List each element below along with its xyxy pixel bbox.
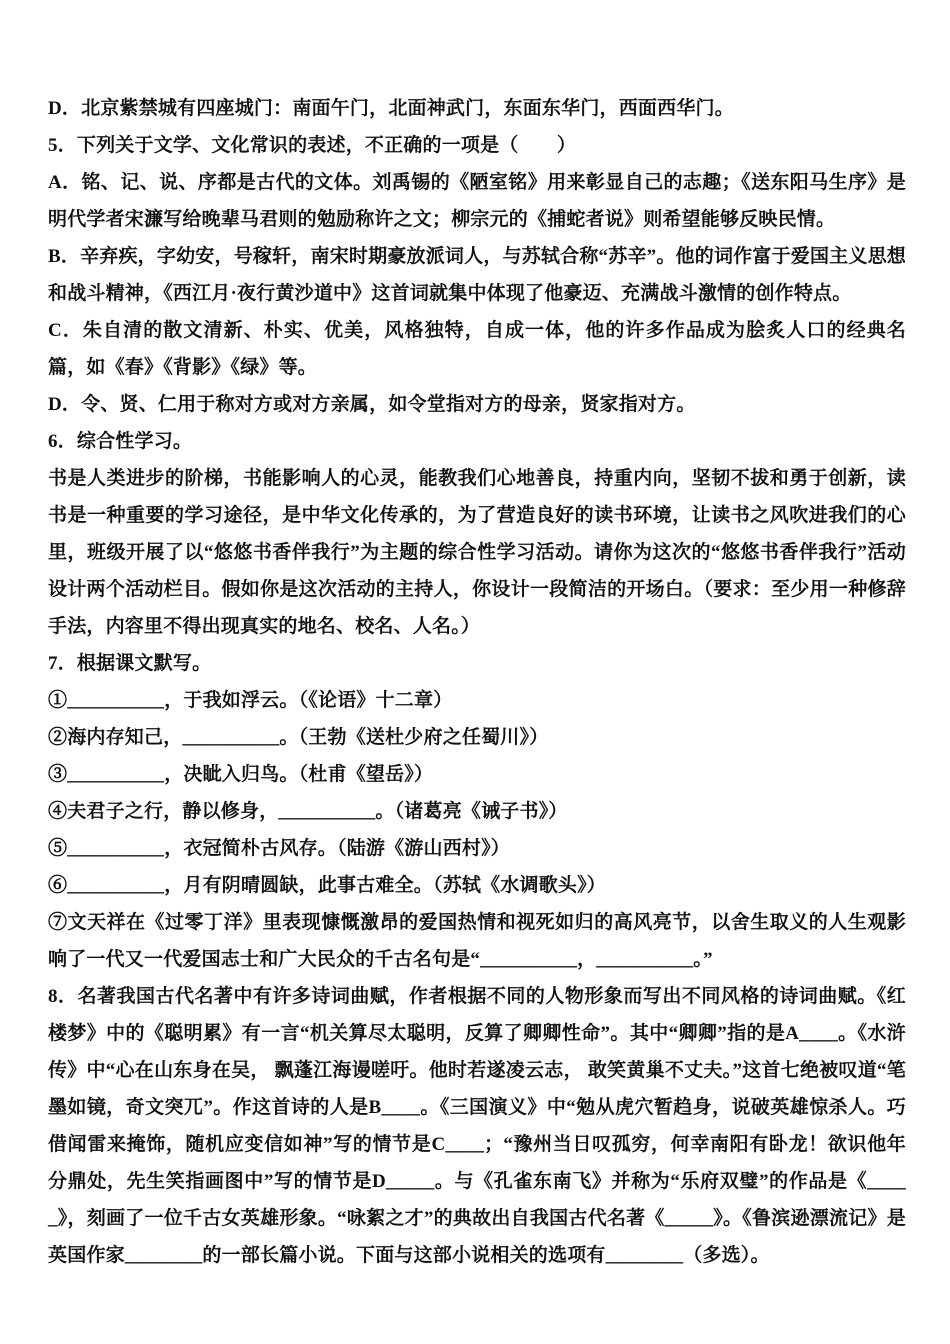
q7-item-5: ⑤__________，衣冠简朴古风存。（陆游《游山西村》） — [48, 830, 906, 867]
q5-option-b: B．辛弃疾，字幼安，号稼轩，南宋时期豪放派词人，与苏轼合称“苏辛”。他的词作富于… — [48, 238, 906, 312]
q4-option-d: D．北京紫禁城有四座城门：南面午门，北面神武门，东面东华门，西面西华门。 — [48, 90, 906, 127]
q7-heading: 7．根据课文默写。 — [48, 645, 906, 682]
q7-item-6: ⑥__________，月有阴晴圆缺，此事古难全。（苏轼《水调歌头》） — [48, 867, 906, 904]
q8-body: 8．名著我国古代名著中有许多诗词曲赋，作者根据不同的人物形象而写出不同风格的诗词… — [48, 978, 906, 1274]
q5-stem: 5．下列关于文学、文化常识的表述，不正确的一项是（ ） — [48, 127, 906, 164]
q7-item-2: ②海内存知己，__________。（王勃《送杜少府之任蜀川》） — [48, 719, 906, 756]
q7-item-3: ③__________，决眦入归鸟。（杜甫《望岳》） — [48, 756, 906, 793]
q6-body: 书是人类进步的阶梯，书能影响人的心灵，能教我们心地善良，持重内向，坚韧不拔和勇于… — [48, 460, 906, 645]
q5-option-a: A．铭、记、说、序都是古代的文体。刘禹锡的《陋室铭》用来彰显自己的志趣；《送东阳… — [48, 164, 906, 238]
q5-option-d: D．令、贤、仁用于称对方或对方亲属，如令堂指对方的母亲，贤家指对方。 — [48, 386, 906, 423]
exam-page: D．北京紫禁城有四座城门：南面午门，北面神武门，东面东华门，西面西华门。 5．下… — [0, 0, 950, 1344]
q7-item-4: ④夫君子之行，静以修身，__________。（诸葛亮《诫子书》） — [48, 793, 906, 830]
q7-item-1: ①__________，于我如浮云。（《论语》十二章） — [48, 682, 906, 719]
q5-option-c: C．朱自清的散文清新、朴实、优美，风格独特，自成一体，他的许多作品成为脍炙人口的… — [48, 312, 906, 386]
q7-item-7: ⑦文天祥在《过零丁洋》里表现慷慨激昂的爱国热情和视死如归的高风亮节，以舍生取义的… — [48, 904, 906, 978]
q6-heading: 6．综合性学习。 — [48, 423, 906, 460]
